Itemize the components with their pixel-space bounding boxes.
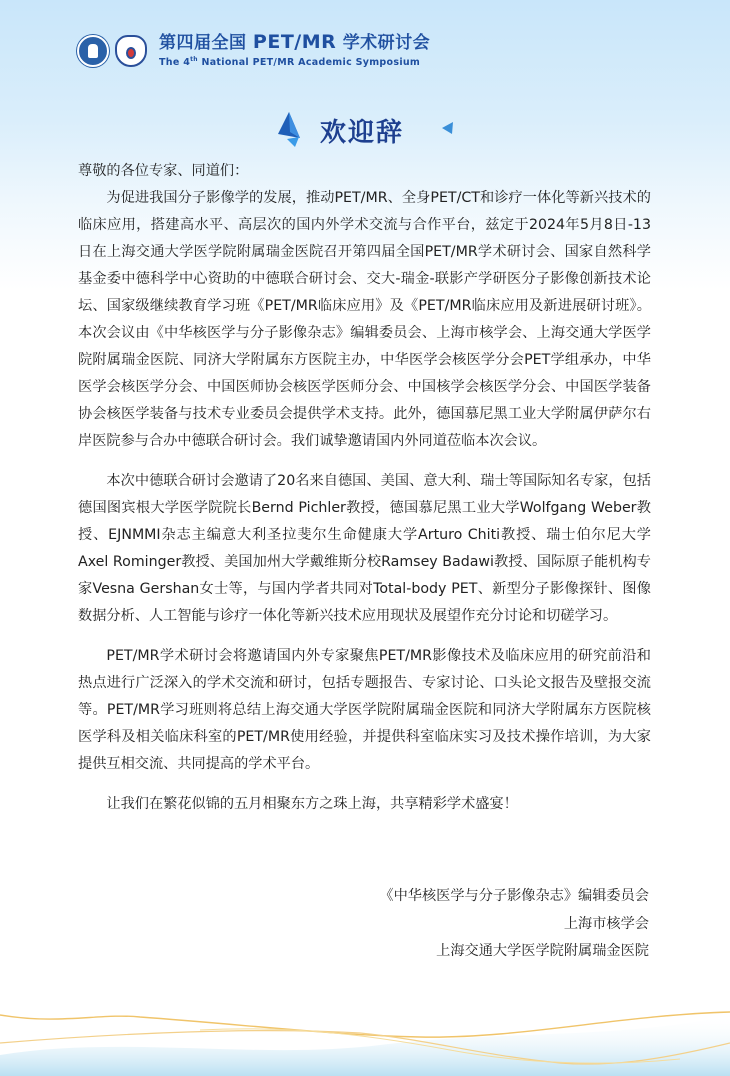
title-cn-suffix: 学术研讨会 [343,33,431,53]
signature-block: 《中华核医学与分子影像杂志》编辑委员会 上海市核学会 上海交通大学医学院附属瑞金… [379,883,649,966]
symposium-title: 第四届全国 PET/MR 学术研讨会 The 4th National PET/… [159,32,430,69]
paragraph-sino-german: 本次中德联合研讨会邀请了20名来自德国、美国、意大利、瑞士等国际知名专家，包括德… [78,468,651,630]
title-en-suffix: National PET/MR Academic Symposium [201,58,420,69]
triangle-decor-right-icon [442,122,454,134]
title-cn-brand: PET/MR [253,31,336,53]
symposium-header: 第四届全国 PET/MR 学术研讨会 The 4th National PET/… [77,31,430,71]
welcome-heading: 欢迎辞 [0,108,730,152]
salutation: 尊敬的各位专家、同道们： [78,158,651,185]
letter-body: 尊敬的各位专家、同道们： 为促进我国分子影像学的发展，推动PET/MR、全身PE… [78,158,651,831]
title-cn-prefix: 第四届全国 [159,33,247,53]
signature-journal: 《中华核医学与分子影像杂志》编辑委员会 [379,883,649,911]
triangle-decor-icon [278,112,300,138]
title-english: The 4th National PET/MR Academic Symposi… [159,54,430,69]
paragraph-intro: 为促进我国分子影像学的发展，推动PET/MR、全身PET/CT和诊疗一体化等新兴… [78,185,651,455]
title-en-prefix: The 4 [159,58,190,69]
title-chinese: 第四届全国 PET/MR 学术研讨会 [159,32,430,53]
title-en-sup: th [190,56,198,63]
triangle-decor-small-icon [287,137,299,147]
paragraph-petmr: PET/MR学术研讨会将邀请国内外专家聚焦PET/MR影像技术及临床应用的研究前… [78,643,651,778]
paragraph-closing: 让我们在繁花似锦的五月相聚东方之珠上海，共享精彩学术盛宴！ [78,791,651,818]
hospital-emblem-icon [115,35,147,67]
society-emblem-icon [77,35,109,67]
decorative-wave [0,985,730,1076]
signature-hospital: 上海交通大学医学院附属瑞金医院 [379,938,649,966]
signature-society: 上海市核学会 [379,911,649,939]
page-title: 欢迎辞 [320,112,404,149]
